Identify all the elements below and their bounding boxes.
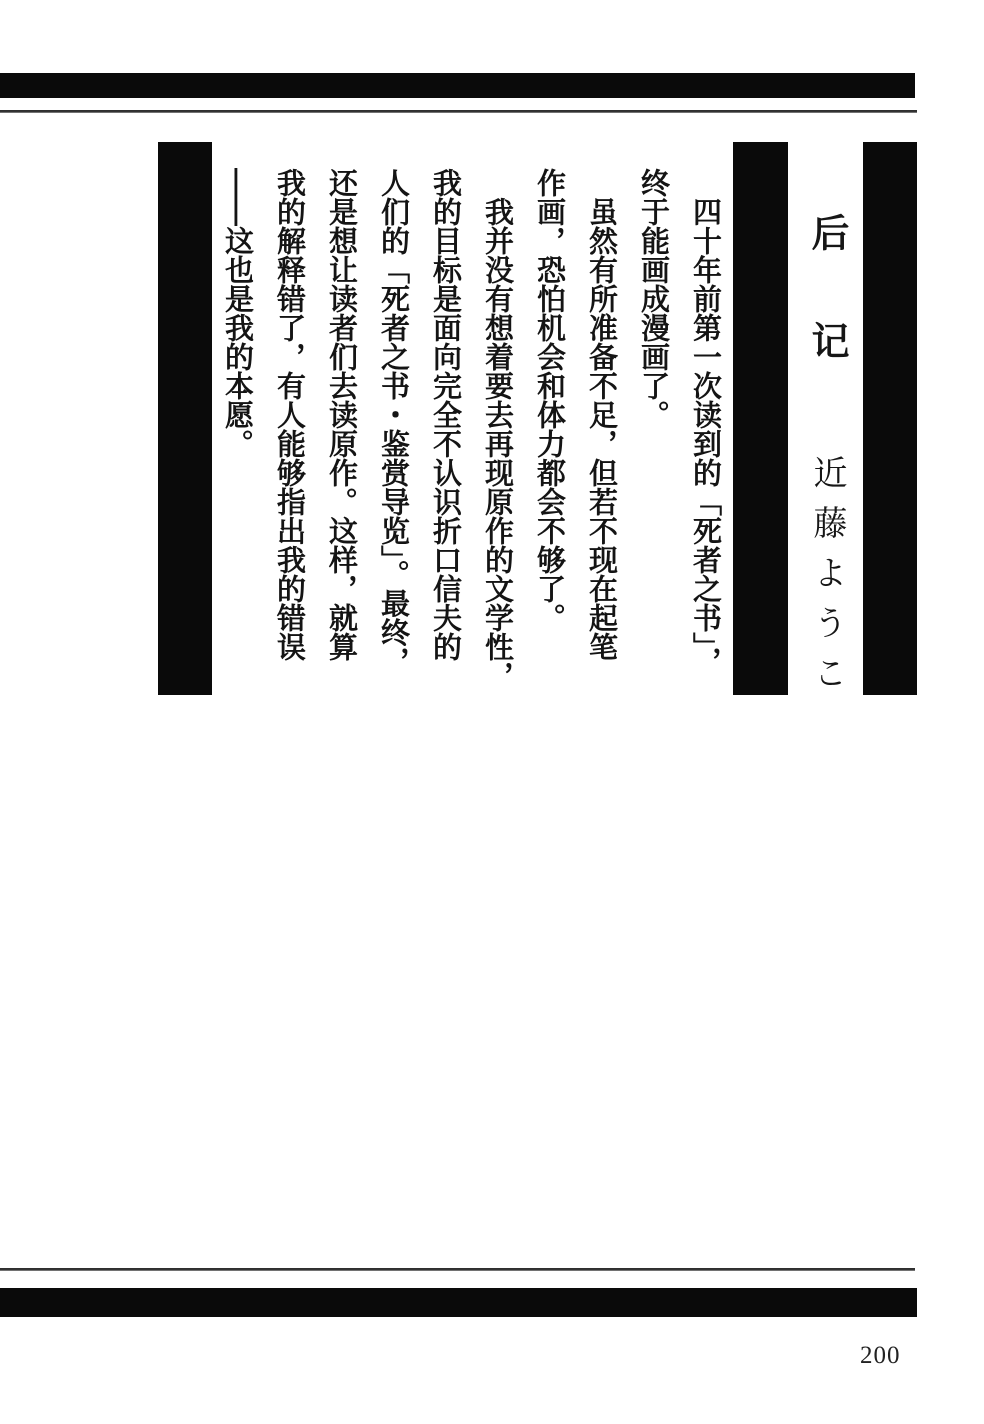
text-column: 还是想让读者们去读原作。这样，就算 [315, 168, 367, 768]
text-column: 我的解释错了，有人能够指出我的错误 [263, 168, 315, 768]
top-border-bar [0, 73, 915, 98]
text-column: 四十年前第一次读到的「死者之书」， [679, 168, 731, 768]
text-column: 我并没有想着要去再现原作的文学性， [471, 168, 523, 768]
page-number: 200 [860, 1342, 901, 1370]
text-column: 我的目标是面向完全不认识折口信夫的 [419, 168, 471, 768]
text-column: 虽然有所准备不足，但若不现在起笔 [575, 168, 627, 768]
title-frame-bar-outer [863, 142, 917, 695]
author-name: 近藤ようこ [808, 455, 845, 705]
text-column: 人们的「死者之书・鉴赏导览」。最终， [367, 168, 419, 768]
chapter-title-block: 后记近藤ようこ [799, 213, 854, 773]
text-column: 作画，恐怕机会和体力都会不够了。 [523, 168, 575, 768]
text-column: ——这也是我的本愿。 [211, 168, 263, 768]
book-page: 后记近藤ようこ 四十年前第一次读到的「死者之书」， 终于能画成漫画了。 虽然有所… [0, 0, 984, 1424]
page-title: 后记 [805, 213, 847, 429]
text-column: 终于能画成漫画了。 [627, 168, 679, 768]
afterword-body: 四十年前第一次读到的「死者之书」， 终于能画成漫画了。 虽然有所准备不足，但若不… [211, 168, 731, 768]
left-margin-bar [158, 142, 212, 695]
top-divider-rule [0, 110, 917, 113]
title-frame-bar-inner [733, 142, 788, 695]
bottom-border-bar [0, 1288, 917, 1317]
bottom-divider-rule [0, 1268, 915, 1271]
